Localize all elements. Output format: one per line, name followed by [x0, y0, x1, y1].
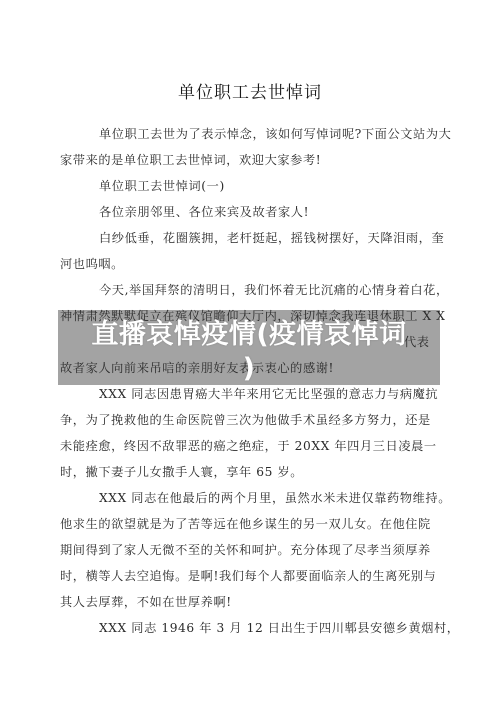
paragraph-line: 时，横等人去空追悔。是啊!我们每个人都要面临亲人的生离死别与 [60, 568, 445, 584]
paragraph-line: 期间得到了家人无微不至的关怀和呵护。充分体现了尽孝当须厚养 [60, 542, 445, 558]
overlay-headline-line1: 直播哀悼疫情(疫情哀悼词 [58, 318, 440, 352]
document-page: 单位职工去世悼词 单位职工去世为了表示悼念，该如何写悼词呢?下面公文站为大家带来… [0, 0, 500, 706]
paragraph-line: 各位亲朋邻里、各位来宾及故者家人! [99, 204, 445, 220]
paragraph-line: XXX 同志因患胃癌大半年来用它无比坚强的意志力与病魔抗 [99, 386, 445, 402]
paragraph-line: 单位职工去世为了表示悼念，该如何写悼词呢?下面公文站为大 [99, 126, 445, 142]
overlay-headline-line2: ) [58, 352, 440, 386]
document-title: 单位职工去世悼词 [0, 78, 500, 103]
paragraph-line: 白纱低垂，花圈簇拥，老杆挺起，摇钱树摆好，天降泪雨，奎 [99, 230, 445, 246]
paragraph-line: XXX 同志在他最后的两个月里，虽然水米未进仅靠药物维持。 [99, 490, 445, 506]
paragraph-line: 家带来的是单位职工去世悼词，欢迎大家参考! [60, 152, 445, 168]
paragraph-line: 河也呜咽。 [60, 256, 445, 272]
overlay-headline[interactable]: 直播哀悼疫情(疫情哀悼词 ) [58, 318, 440, 386]
paragraph-line: 单位职工去世悼词(一) [99, 178, 445, 194]
paragraph-line: 未能痊愈，终因不敌罪恶的癌之绝症，于 20XX 年四月三日凌晨一 [60, 438, 445, 454]
paragraph-line: 其人去厚葬，不如在世厚养啊! [60, 594, 445, 610]
paragraph-line: 争，为了挽救他的生命医院曾三次为他做手术虽经多方努力，还是 [60, 412, 445, 428]
paragraph-line: XXX 同志 1946 年 3 月 12 日出生于四川郫县安德乡黄烟村， [99, 620, 445, 636]
paragraph-line: 时，撇下妻子儿女撒手人寰，享年 65 岁。 [60, 464, 445, 480]
paragraph-line: 今天,举国拜祭的清明日，我们怀着无比沉痛的心情身着白花， [99, 282, 445, 298]
paragraph-line: 他求生的欲望就是为了苦等远在他乡谋生的另一双儿女。在他住院 [60, 516, 445, 532]
